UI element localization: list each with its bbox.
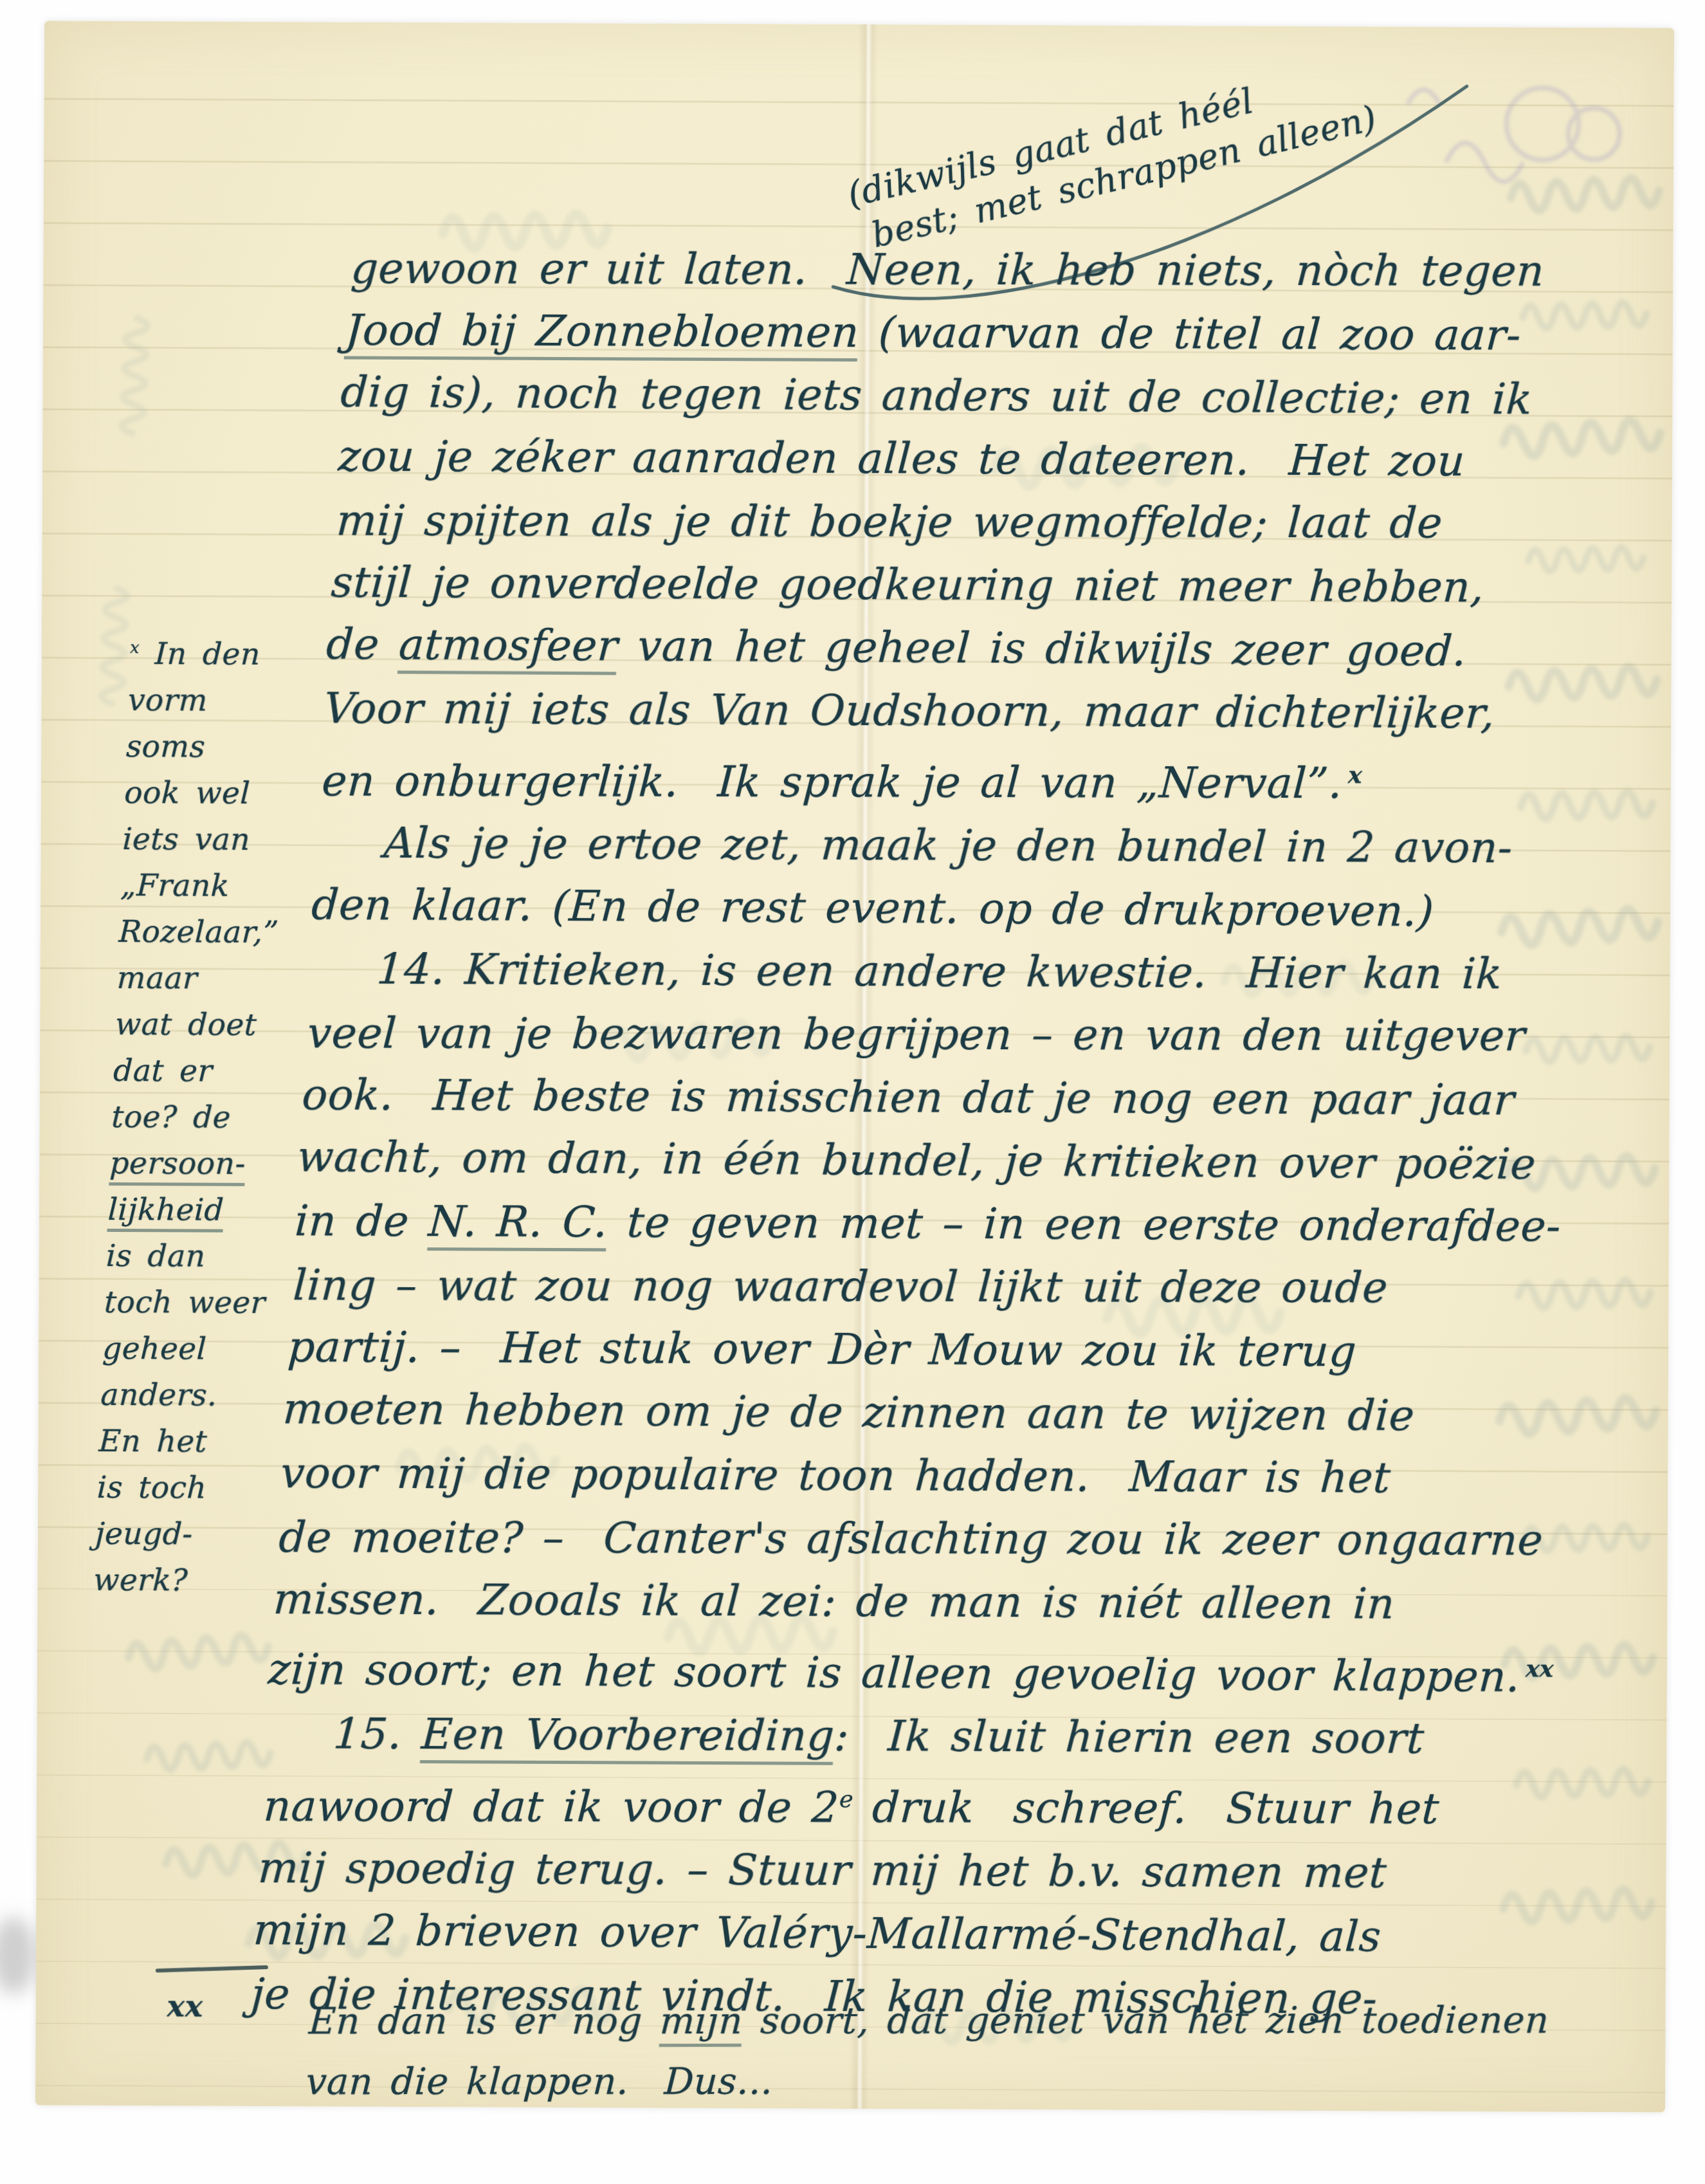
text-segment: de moeite? – Canter's afslachting zou ik… [278, 1512, 1545, 1565]
footnote-marker: xx [167, 1988, 203, 2023]
letter-line: in de N. R. C. te geven met – in een eer… [293, 1189, 1582, 1258]
text-segment: missen. Zooals ik al zei: de man is niét… [272, 1574, 1396, 1629]
letter-line: Jood bij Zonnebloemen (waarvan de titel … [343, 299, 1632, 368]
text-segment: is dan [105, 1238, 206, 1274]
letter-line: Als je je ertoe zet, maak je den bundel … [315, 811, 1603, 880]
text-segment: de [325, 619, 400, 670]
letter-line: x In den [129, 625, 330, 678]
text-segment: anders. [100, 1377, 217, 1413]
letter-line: ook wel [123, 770, 325, 817]
text-segment: druk schreef. Stuur het [852, 1783, 1441, 1833]
text-segment: soms [125, 729, 206, 765]
text-segment: veel van je bezwaren begrijpen – en van … [306, 1008, 1527, 1060]
letter-line: missen. Zooals ik al zei: de man is niét… [271, 1568, 1560, 1637]
underlined-text: mijn [659, 2000, 743, 2047]
text-segment: werk? [93, 1563, 188, 1599]
letter-line: ook. Het beste is misschien dat je nog e… [300, 1063, 1589, 1132]
text-segment: (waarvan de titel al zoo aar- [857, 307, 1522, 360]
letter-line: persoon- [109, 1141, 310, 1188]
letter-line: anders. [100, 1372, 301, 1419]
scanned-letter-page: { "colors": { "paper": "#f3eccd", "ink":… [0, 0, 1705, 2184]
text-segment: soort, dat geniet van het zien toedienen [742, 1999, 1550, 2042]
letter-line: maar [116, 955, 318, 1002]
footnote-separator-line [156, 1965, 268, 1972]
letter-line: gewoon er uit laten. Neen, ik heb niets,… [349, 237, 1638, 304]
letter-line: iets van [122, 816, 323, 863]
text-segment: zou je zéker aanraden alles te dateeren.… [337, 431, 1466, 486]
letter-line: En het [98, 1418, 299, 1465]
letter-line: 14. Kritieken, is een andere kwestie. Hi… [307, 937, 1596, 1006]
letter-line: den klaar. (En de rest event. op de druk… [310, 874, 1599, 944]
text-segment: van die klappen. Dus... [305, 2060, 774, 2104]
text-segment: ook. Het beste is misschien dat je nog e… [301, 1070, 1516, 1124]
text-segment: toch weer [104, 1285, 266, 1321]
text-segment: wacht, om dan, in één bundel, je kritiek… [296, 1132, 1537, 1189]
footnote: En dan is er nog mijn soort, dat geniet … [304, 1990, 1551, 2113]
text-segment: te geven met – in een eerste onderafdee- [606, 1197, 1563, 1251]
letter-line: Voor mij iets als Van Oudshoorn, maar di… [322, 677, 1611, 746]
text-segment: geheel [102, 1331, 207, 1367]
text-segment: En het [98, 1424, 208, 1460]
letter-sheet: (dikwijls gaat dat héél best; met schrap… [35, 21, 1674, 2112]
underlined-text: atmosfeer [397, 619, 620, 675]
text-segment: x [130, 638, 140, 657]
underlined-text: N. R. C. [427, 1197, 609, 1251]
text-segment: Voor mij iets als Van Oudshoorn, maar di… [323, 683, 1497, 738]
letter-line: vorm [127, 677, 329, 724]
text-segment: „Frank [120, 868, 230, 904]
letter-line: soms [125, 724, 327, 771]
scanner-edge-smudge [0, 1917, 36, 1994]
letter-body: gewoon er uit laten. Neen, ik heb niets,… [250, 236, 1636, 2032]
text-segment: van het geheel is dikwijls zeer goed. [617, 621, 1468, 675]
letter-line: is dan [105, 1233, 307, 1280]
letter-line: wat doet [114, 1002, 316, 1049]
letter-line: jeugd- [95, 1511, 296, 1558]
letter-line: moeten hebben om je de zinnen aan te wij… [281, 1377, 1570, 1448]
text-segment: In den [138, 636, 261, 672]
text-segment: 15. [332, 1709, 423, 1759]
left-margin-note: x In denvormsomsook weliets van„FrankRoz… [93, 625, 331, 1604]
text-segment: en onburgerlijk. Ik sprak je al van „Ner… [320, 756, 1344, 808]
underlined-text: Een Voorbereiding [420, 1709, 836, 1765]
text-segment: vorm [127, 683, 208, 719]
letter-line: dig is), noch tegen iets anders uit de c… [339, 361, 1628, 432]
text-segment: Als je je ertoe zet, maak je den bundel … [383, 818, 1514, 873]
letter-line: werk? [93, 1557, 294, 1604]
letter-line: dat er [113, 1048, 314, 1095]
letter-line: veel van je bezwaren begrijpen – en van … [305, 1002, 1594, 1068]
letter-line: lijkheid [107, 1187, 308, 1234]
text-segment: moeten hebben om je de zinnen aan te wij… [282, 1384, 1416, 1440]
text-segment: toe? de [111, 1099, 232, 1135]
underlined-text: Jood bij Zonnebloemen [344, 306, 861, 362]
text-segment: iets van [122, 821, 251, 858]
text-segment: den klaar. (En de rest event. op de druk… [310, 880, 1435, 937]
text-segment: ling – wat zou nog waardevol lijkt uit d… [292, 1260, 1389, 1312]
letter-line: mij spoedig terug. – Stuur mij het b.v. … [257, 1837, 1545, 1905]
text-segment: zijn soort; en het soort is alleen gevoe… [267, 1644, 1522, 1702]
letter-line: stijl je onverdeelde goedkeuring niet me… [329, 551, 1618, 619]
letter-line: geheel [102, 1326, 303, 1373]
text-segment: mij spijten als je dit boekje wegmoffeld… [335, 496, 1444, 548]
letter-line: de moeite? – Canter's afslachting zou ik… [277, 1506, 1566, 1572]
letter-line: is toch [96, 1465, 297, 1512]
footnote-reference-mark: xx [1525, 1655, 1555, 1682]
letter-line: en onburgerlijk. Ik sprak je al van „Ner… [320, 741, 1609, 816]
letter-line: Rozelaar,” [118, 909, 319, 956]
letter-line: partij. – Het stuk over Dèr Mouw zou ik … [286, 1316, 1575, 1384]
text-segment: En dan is er nog [308, 2000, 661, 2042]
text-segment: mijn 2 brieven over Valéry-Mallarmé-Sten… [252, 1905, 1383, 1961]
letter-line: zou je zéker aanraden alles te dateeren.… [336, 425, 1625, 493]
text-segment: Rozelaar,” [118, 914, 280, 950]
underlined-text: persoon- [109, 1146, 246, 1186]
letter-line: „Frank [120, 863, 321, 910]
letter-line: mijn 2 brieven over Valéry-Mallarmé-Sten… [251, 1898, 1540, 1969]
underlined-text: lijkheid [107, 1192, 224, 1233]
text-segment: 14. Kritieken, is een andere kwestie. Hi… [376, 944, 1504, 999]
letter-line: En dan is er nog mijn soort, dat geniet … [307, 1990, 1551, 2052]
letter-line: toch weer [104, 1280, 305, 1326]
letter-line: wacht, om dan, in één bundel, je kritiek… [295, 1125, 1584, 1196]
letter-line: zijn soort; en het soort is alleen gevoe… [266, 1629, 1555, 1709]
letter-line: 15. Een Voorbereiding: Ik sluit hierin e… [264, 1702, 1553, 1771]
text-segment: dig is), noch tegen iets anders uit de c… [340, 367, 1534, 424]
text-segment: maar [116, 960, 198, 996]
top-margin-annotation: (dikwijls gaat dat héél best; met schrap… [843, 52, 1381, 262]
letter-line: toe? de [111, 1094, 312, 1141]
letter-line: mij spijten als je dit boekje wegmoffeld… [335, 490, 1624, 556]
text-segment: : Ik sluit hierin een soort [833, 1711, 1426, 1763]
footnote-reference-mark: x [1347, 761, 1363, 789]
letter-line: ling – wat zou nog waardevol lijkt uit d… [291, 1254, 1580, 1320]
text-segment: stijl je onverdeelde goedkeuring niet me… [330, 557, 1486, 612]
text-segment: voor mij die populaire toon hadden. Maar… [279, 1448, 1392, 1503]
letter-line: nawoord dat ik voor de 2e druk schreef. … [262, 1766, 1551, 1841]
text-segment: dat er [113, 1053, 213, 1089]
text-segment: mij spoedig terug. – Stuur mij het b.v. … [257, 1843, 1388, 1898]
text-segment: e [839, 1785, 854, 1813]
text-segment: in de [293, 1196, 430, 1246]
text-segment: nawoord dat ik voor de 2 [262, 1781, 841, 1832]
text-segment: gewoon er uit laten. Neen, ik heb niets,… [350, 244, 1546, 296]
letter-line: van die klappen. Dus... [304, 2051, 1547, 2113]
text-segment: jeugd- [95, 1516, 194, 1552]
letter-line: de atmosfeer van het geheel is dikwijls … [325, 613, 1614, 684]
text-segment: is toch [96, 1470, 208, 1506]
text-segment: ook wel [123, 775, 251, 811]
text-segment: wat doet [114, 1007, 257, 1043]
letter-line: voor mij die populaire toon hadden. Maar… [279, 1442, 1568, 1510]
text-segment: partij. – Het stuk over Dèr Mouw zou ik … [286, 1322, 1358, 1376]
